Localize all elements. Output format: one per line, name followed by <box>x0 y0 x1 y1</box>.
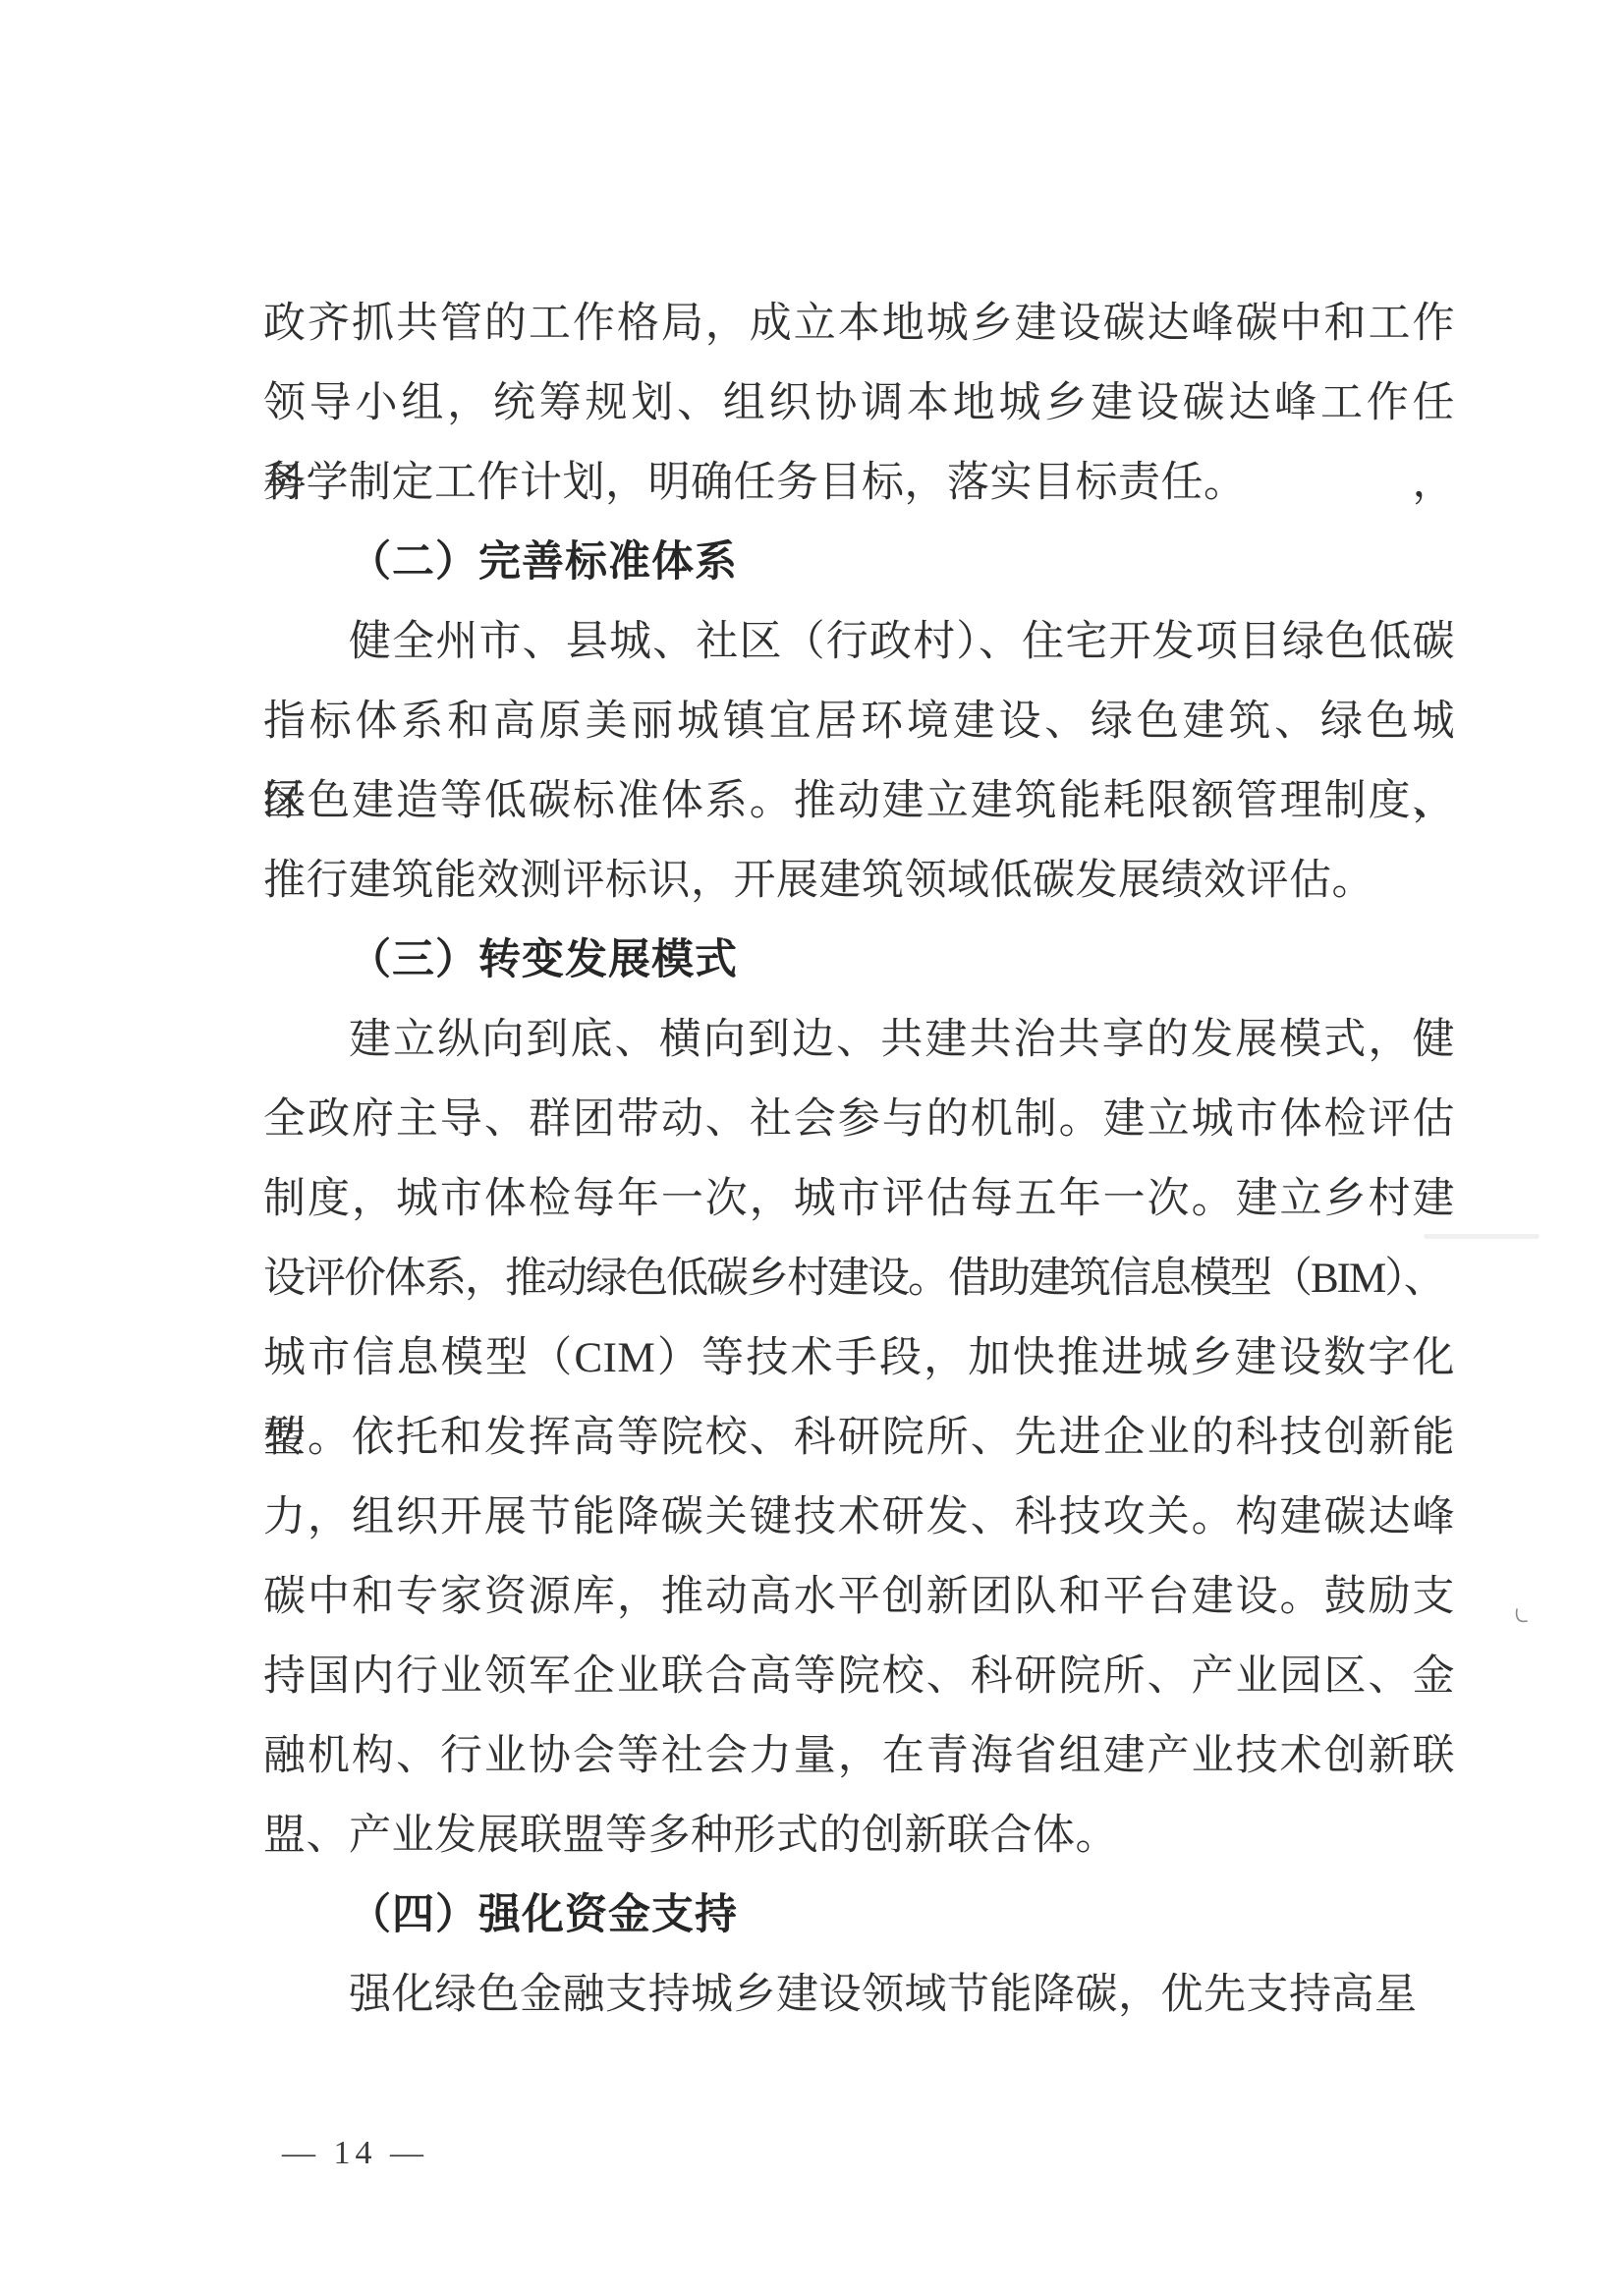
text-line: 绿色建造等低碳标准体系。推动建立建筑能耗限额管理制度， <box>263 761 1455 841</box>
text-line: 力，组织开展节能降碳关键技术研发、科技攻关。构建碳达峰 <box>263 1478 1455 1557</box>
text-line: 推行建筑能效测评标识，开展建筑领域低碳发展绩效评估。 <box>263 841 1455 921</box>
text-line: 建立纵向到底、横向到边、共建共治共享的发展模式，健 <box>263 1000 1455 1080</box>
document-text-block: 政齐抓共管的工作格局，成立本地城乡建设碳达峰碳中和工作 领导小组，统筹规划、组织… <box>263 284 1455 2035</box>
text-line: 制度，城市体检每年一次，城市评估每五年一次。建立乡村建 <box>263 1159 1455 1239</box>
text-line: 盟、产业发展联盟等多种形式的创新联合体。 <box>263 1796 1455 1875</box>
text-line: 城市信息模型（CIM）等技术手段，加快推进城乡建设数字化转 <box>263 1318 1455 1398</box>
ink-hook-mark-icon <box>1513 1607 1529 1627</box>
scan-streak-artifact <box>1424 1234 1540 1239</box>
text-line: 全政府主导、群团带动、社会参与的机制。建立城市体检评估 <box>263 1080 1455 1159</box>
page-number: — 14 — <box>282 2132 428 2175</box>
text-line: 碳中和专家资源库，推动高水平创新团队和平台建设。鼓励支 <box>263 1557 1455 1637</box>
text-line: 指标体系和高原美丽城镇宜居环境建设、绿色建筑、绿色城区、 <box>263 682 1455 761</box>
text-line: 设评价体系，推动绿色低碳乡村建设。借助建筑信息模型（BIM）、 <box>263 1239 1455 1318</box>
document-page: 政齐抓共管的工作格局，成立本地城乡建设碳达峰碳中和工作 领导小组，统筹规划、组织… <box>0 0 1624 2295</box>
text-line: 政齐抓共管的工作格局，成立本地城乡建设碳达峰碳中和工作 <box>263 284 1455 364</box>
text-line: 持国内行业领军企业联合高等院校、科研院所、产业园区、金 <box>263 1637 1455 1716</box>
text-line: 融机构、行业协会等社会力量，在青海省组建产业技术创新联 <box>263 1716 1455 1796</box>
section-heading: （二）完善标准体系 <box>263 523 1455 602</box>
section-heading: （四）强化资金支持 <box>263 1875 1455 1955</box>
text-line: 强化绿色金融支持城乡建设领域节能降碳，优先支持高星 <box>263 1955 1455 2035</box>
text-line: 领导小组，统筹规划、组织协调本地城乡建设碳达峰工作任务， <box>263 364 1455 443</box>
text-line: 健全州市、县城、社区（行政村）、住宅开发项目绿色低碳 <box>263 602 1455 682</box>
section-heading: （三）转变发展模式 <box>263 921 1455 1000</box>
text-line: 型。依托和发挥高等院校、科研院所、先进企业的科技创新能 <box>263 1398 1455 1478</box>
